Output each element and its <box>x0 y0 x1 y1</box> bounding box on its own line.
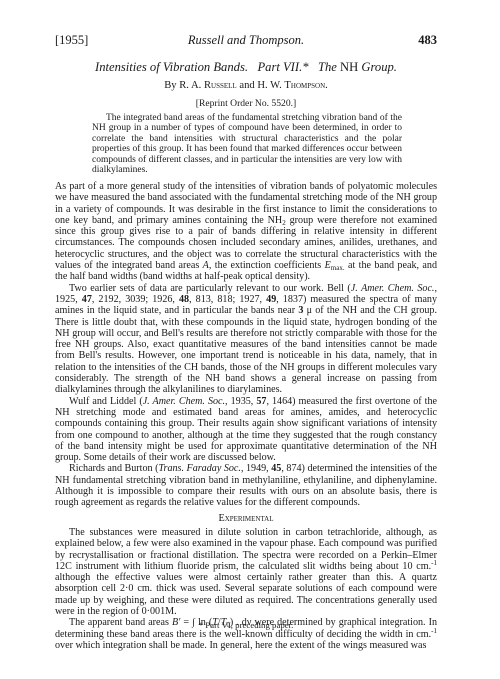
citation-volume: 49 <box>266 294 276 305</box>
text: The substances were measured in dilute s… <box>55 527 437 572</box>
abstract-text: The integrated band areas of the fundame… <box>92 113 402 175</box>
citation-volume: 48 <box>179 294 189 305</box>
paragraph-intro: As part of a more general study of the i… <box>55 181 437 283</box>
citation-volume: 45 <box>271 463 281 474</box>
author2-surname: Thompson. <box>284 80 327 91</box>
text: , the extinction coefficients <box>209 260 325 271</box>
running-head: [1955] Russell and Thompson. 483 <box>55 33 437 47</box>
running-head-authors: Russell and Thompson. <box>55 33 437 48</box>
title-series: Intensities of Vibration Bands. <box>95 60 248 74</box>
page-number: 483 <box>418 33 437 48</box>
text: , 1949, <box>241 463 271 474</box>
paragraph-richards-burton: Richards and Burton (Trans. Faraday Soc.… <box>55 463 437 508</box>
title-group-formula: NH <box>340 60 358 74</box>
text: , 813, 818; 1927, <box>189 294 266 305</box>
reprint-order: [Reprint Order No. 5520.] <box>55 98 437 109</box>
byline-by: By <box>164 80 176 91</box>
superscript: -1 <box>431 559 437 567</box>
article-title: Intensities of Vibration Bands. Part VII… <box>55 60 437 75</box>
title-part: Part VII.* <box>257 60 308 74</box>
text: , 2192, 3039; 1926, <box>92 294 179 305</box>
footnote: * Part VI, preceding paper. <box>55 620 437 630</box>
text: although the effective values were almos… <box>55 572 437 617</box>
citation-journal: J. Amer. Chem. Soc. <box>351 283 435 294</box>
citation-volume: 47 <box>82 294 92 305</box>
title-group-word: Group. <box>361 60 397 74</box>
text: . <box>174 606 177 617</box>
citation-journal: J. Amer. Chem. Soc. <box>143 396 225 407</box>
author1-initials: R. A. <box>179 80 201 91</box>
byline-and: and <box>239 80 254 91</box>
section-heading-experimental: Experimental <box>55 513 437 524</box>
abstract: The integrated band areas of the fundame… <box>92 113 402 175</box>
citation-journal: Trans. Faraday Soc. <box>158 463 240 474</box>
article-body: As part of a more general study of the i… <box>55 181 437 651</box>
text: over which integration shall be made. In… <box>55 640 426 651</box>
author2-initials: H. W. <box>257 80 281 91</box>
subscript: max. <box>331 264 345 272</box>
text: μ of the NH and the CH group. There is l… <box>55 305 437 395</box>
text: Wulf and Liddel ( <box>69 396 143 407</box>
paragraph-experimental: The substances were measured in dilute s… <box>55 527 437 617</box>
unit-molar: M <box>165 606 174 617</box>
byline: By R. A. Russell and H. W. Thompson. <box>55 80 437 91</box>
paragraph-bell: Two earlier sets of data are particularl… <box>55 283 437 396</box>
text: Richards and Burton ( <box>69 463 158 474</box>
text: Two earlier sets of data are particularl… <box>69 283 351 294</box>
citation-volume: 57 <box>256 396 266 407</box>
text: , 1935, <box>225 396 256 407</box>
title-the: The <box>318 60 337 74</box>
paragraph-wulf-liddel: Wulf and Liddel (J. Amer. Chem. Soc., 19… <box>55 396 437 464</box>
author1-surname: Russell <box>204 80 237 91</box>
